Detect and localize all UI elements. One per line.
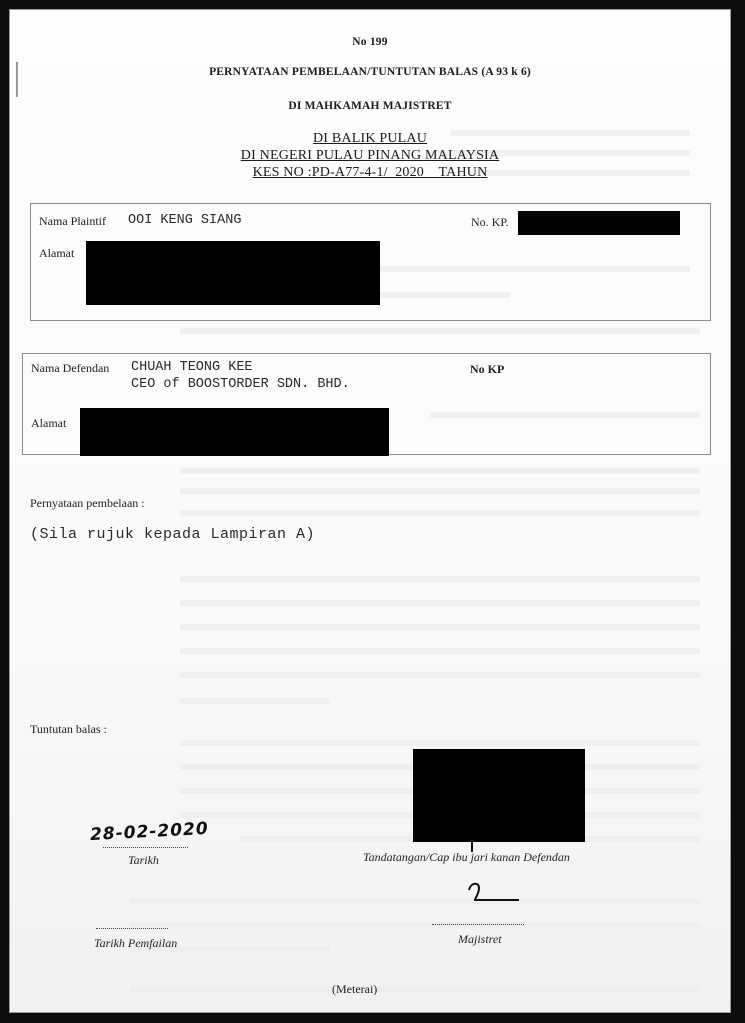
defence-label: Pernyataan pembelaan : <box>30 496 145 511</box>
plaintiff-name: OOI KENG SIANG <box>128 213 241 228</box>
defendant-signature-label: Tandatangan/Cap ibu jari kanan Defendan <box>363 850 570 865</box>
court-name: DI MAHKAMAH MAJISTRET <box>10 100 730 112</box>
form-title: PERNYATAAN PEMBELAAN/TUNTUTAN BALAS (A 9… <box>10 66 730 78</box>
defendant-address-label: Alamat <box>31 416 66 431</box>
defendant-name: CHUAH TEONG KEE <box>131 360 253 375</box>
magistrate-label: Majistret <box>458 932 502 947</box>
document-page: No 199 PERNYATAAN PEMBELAAN/TUNTUTAN BAL… <box>9 9 731 1013</box>
date-line <box>103 847 188 848</box>
case-number: KES NO :PD-A77-4-1/ 2020 TAHUN <box>10 165 730 181</box>
defence-text: (Sila rujuk kepada Lampiran A) <box>30 526 315 543</box>
defendant-section: Nama Defendan CHUAH TEONG KEE CEO of BOO… <box>22 353 711 455</box>
defendant-signature-redaction <box>413 749 585 842</box>
defendant-address-redaction <box>80 408 389 456</box>
handwritten-date: 28-02-2020 <box>90 819 210 845</box>
defendant-title: CEO of BOOSTORDER SDN. BHD. <box>131 377 350 392</box>
seal-label: (Meterai) <box>332 982 377 997</box>
defendant-ic-label: No KP <box>470 362 504 377</box>
plaintiff-address-label: Alamat <box>39 246 74 261</box>
date-label: Tarikh <box>128 853 159 868</box>
plaintiff-address-redaction <box>86 241 380 305</box>
form-number: No 199 <box>10 36 730 48</box>
defendant-name-label: Nama Defendan <box>31 361 109 376</box>
filing-date-label: Tarikh Pemfailan <box>94 936 177 951</box>
plaintiff-ic-label: No. KP. <box>471 215 509 230</box>
plaintiff-ic-redaction <box>518 211 680 235</box>
plaintiff-section: Nama Plaintif OOI KENG SIANG No. KP. Ala… <box>30 203 711 321</box>
court-location: DI BALIK PULAU <box>10 131 730 147</box>
filing-date-line <box>96 928 168 929</box>
magistrate-line <box>432 924 524 925</box>
court-state: DI NEGERI PULAU PINANG MALAYSIA <box>10 148 730 164</box>
plaintiff-name-label: Nama Plaintif <box>39 214 106 229</box>
magistrate-signature <box>465 880 525 904</box>
counterclaim-label: Tuntutan balas : <box>30 722 107 737</box>
